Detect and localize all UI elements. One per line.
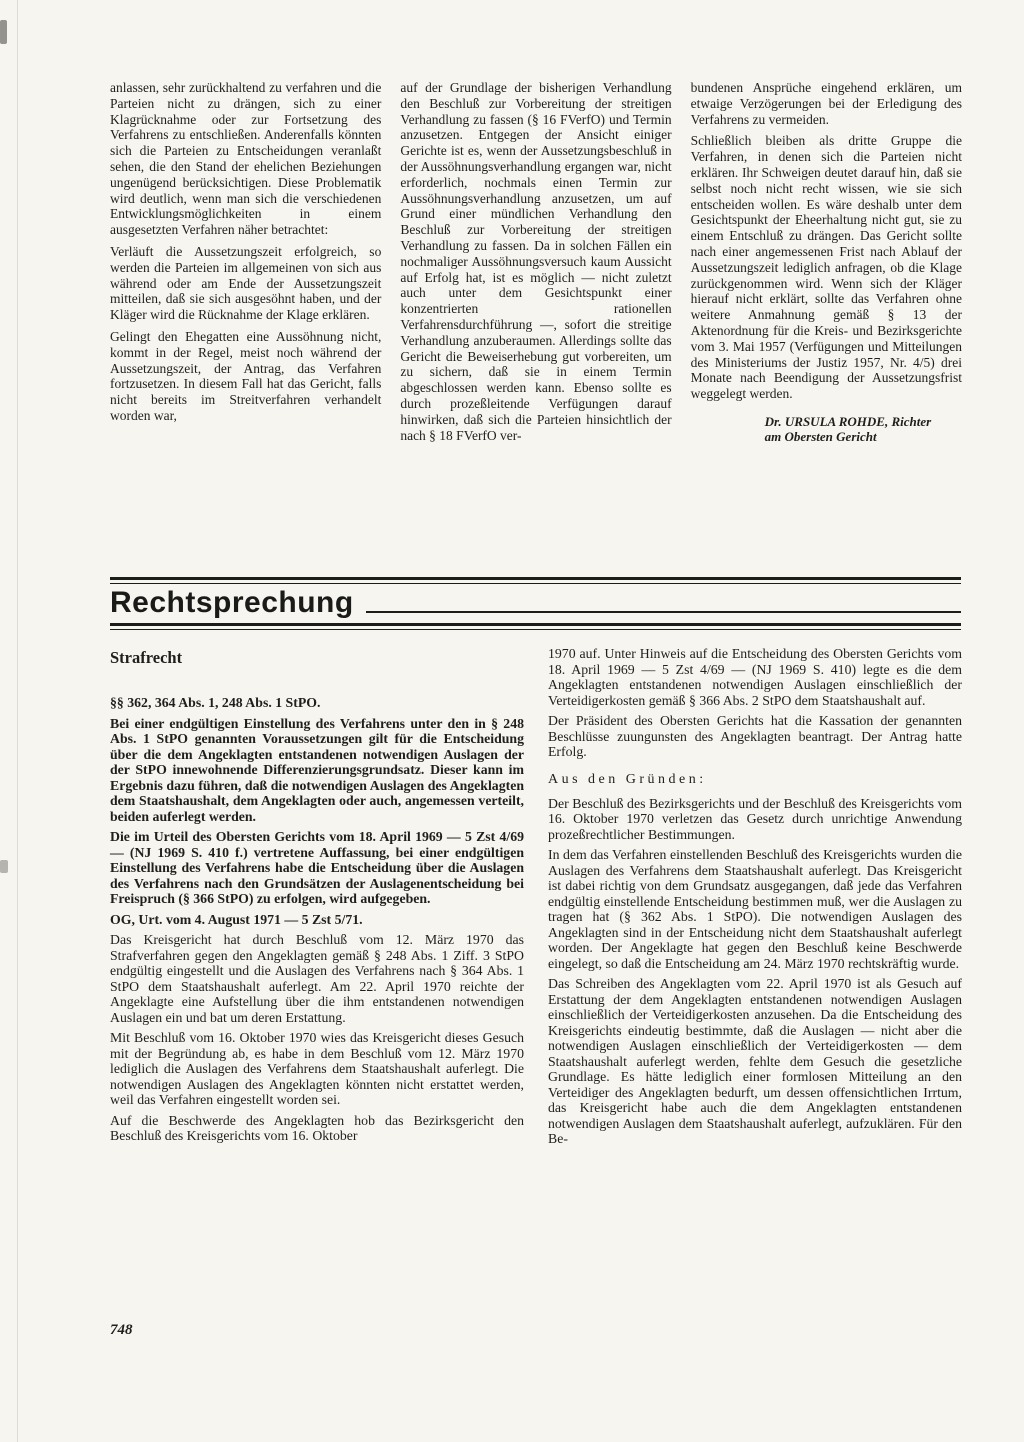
article-paragraph: Gelingt den Ehegatten eine Aussöhnung ni…: [110, 329, 381, 424]
article-column-3: bundenen Ansprüche eingehend erklären, u…: [691, 80, 962, 445]
article-top: anlassen, sehr zurückhaltend zu verfahre…: [110, 80, 962, 445]
article-paragraph: auf der Grundlage der bisherigen Verhand…: [400, 80, 671, 443]
article-column-1: anlassen, sehr zurückhaltend zu verfahre…: [110, 80, 381, 445]
header-title-rule: [366, 611, 961, 613]
statute-reference: §§ 362, 364 Abs. 1, 248 Abs. 1 StPO.: [110, 695, 524, 711]
author-signature-line1: Dr. URSULA ROHDE, Richter: [765, 414, 962, 430]
article-paragraph: anlassen, sehr zurückhaltend zu verfahre…: [110, 80, 381, 238]
scan-mark-middle: [0, 860, 8, 873]
page-number: 748: [110, 1322, 133, 1339]
facts-paragraph: Das Kreisgericht hat durch Beschluß vom …: [110, 932, 524, 1025]
author-signature: Dr. URSULA ROHDE, Richter am Obersten Ge…: [765, 414, 962, 445]
facts-paragraph: Auf die Beschwerde des Angeklagten hob d…: [110, 1113, 524, 1144]
case-left-column: Strafrecht §§ 362, 364 Abs. 1, 248 Abs. …: [110, 646, 524, 1152]
journal-page: anlassen, sehr zurückhaltend zu verfahre…: [0, 0, 1024, 1442]
facts-paragraph: Mit Beschluß vom 16. Oktober 1970 wies d…: [110, 1030, 524, 1108]
case-right-column: 1970 auf. Unter Hinweis auf die Entschei…: [548, 646, 962, 1152]
header-rule-bottom-thick: [110, 623, 961, 626]
header-rule-top-thin: [110, 583, 961, 585]
case-report: Strafrecht §§ 362, 364 Abs. 1, 248 Abs. …: [110, 646, 962, 1152]
header-rule-top-thick: [110, 577, 961, 580]
gruende-paragraph: Der Beschluß des Bezirksgerichts und der…: [548, 796, 962, 843]
facts-continuation-paragraph: 1970 auf. Unter Hinweis auf die Entschei…: [548, 646, 962, 708]
gruende-paragraph: In dem das Verfahren einstellenden Besch…: [548, 847, 962, 971]
leitsatz-paragraph: Die im Urteil des Obersten Gerichts vom …: [110, 829, 524, 907]
scan-mark-top: [0, 20, 7, 44]
article-column-2: auf der Grundlage der bisherigen Verhand…: [400, 80, 671, 445]
gruende-paragraph: Das Schreiben des Angeklagten vom 22. Ap…: [548, 976, 962, 1147]
subject-heading: Strafrecht: [110, 648, 524, 668]
leitsatz-paragraph: Bei einer endgültigen Einstellung des Ve…: [110, 716, 524, 825]
header-rule-bottom-thin: [110, 629, 961, 631]
facts-continuation-paragraph: Der Präsident des Obersten Gerichts hat …: [548, 713, 962, 760]
article-paragraph: Verläuft die Aussetzungszeit erfolgreich…: [110, 244, 381, 323]
gruende-heading: Aus den Gründen:: [548, 772, 962, 788]
scan-gutter-line: [17, 0, 18, 1442]
case-citation: OG, Urt. vom 4. August 1971 — 5 Zst 5/71…: [110, 912, 524, 928]
author-signature-line2: am Obersten Gericht: [765, 429, 962, 445]
section-header-rechtsprechung: Rechtsprechung: [110, 577, 961, 630]
article-paragraph: bundenen Ansprüche eingehend erklären, u…: [691, 80, 962, 127]
header-title-row: Rechtsprechung: [110, 585, 961, 621]
article-paragraph: Schließlich bleiben als dritte Gruppe di…: [691, 133, 962, 402]
section-title: Rechtsprechung: [110, 585, 354, 621]
